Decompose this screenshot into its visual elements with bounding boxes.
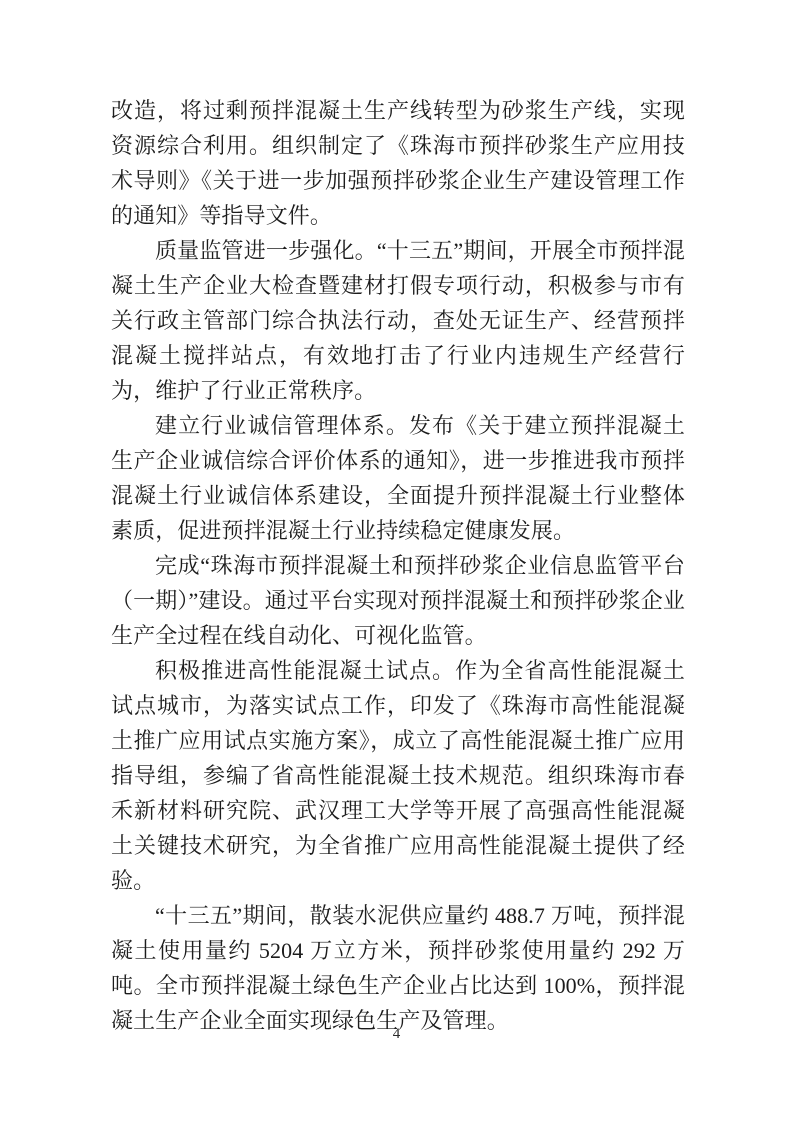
document-body: 改造，将过剩预拌混凝土生产线转型为砂浆生产线，实现资源综合利用。组织制定了《珠海…	[111, 93, 685, 1038]
paragraph: 建立行业诚信管理体系。发布《关于建立预拌混凝土生产企业诚信综合评价体系的通知》，…	[111, 408, 685, 548]
paragraph: 完成“珠海市预拌混凝土和预拌砂浆企业信息监管平台（一期）”建设。通过平台实现对预…	[111, 548, 685, 653]
paragraph: “十三五”期间，散装水泥供应量约 488.7 万吨，预拌混凝土使用量约 5204…	[111, 898, 685, 1038]
document-page: 改造，将过剩预拌混凝土生产线转型为砂浆生产线，实现资源综合利用。组织制定了《珠海…	[0, 0, 793, 1122]
page-number: 4	[0, 1024, 793, 1044]
paragraph: 积极推进高性能混凝土试点。作为全省高性能混凝土试点城市，为落实试点工作，印发了《…	[111, 653, 685, 898]
paragraph: 质量监管进一步强化。“十三五”期间，开展全市预拌混凝土生产企业大检查暨建材打假专…	[111, 233, 685, 408]
paragraph: 改造，将过剩预拌混凝土生产线转型为砂浆生产线，实现资源综合利用。组织制定了《珠海…	[111, 93, 685, 233]
